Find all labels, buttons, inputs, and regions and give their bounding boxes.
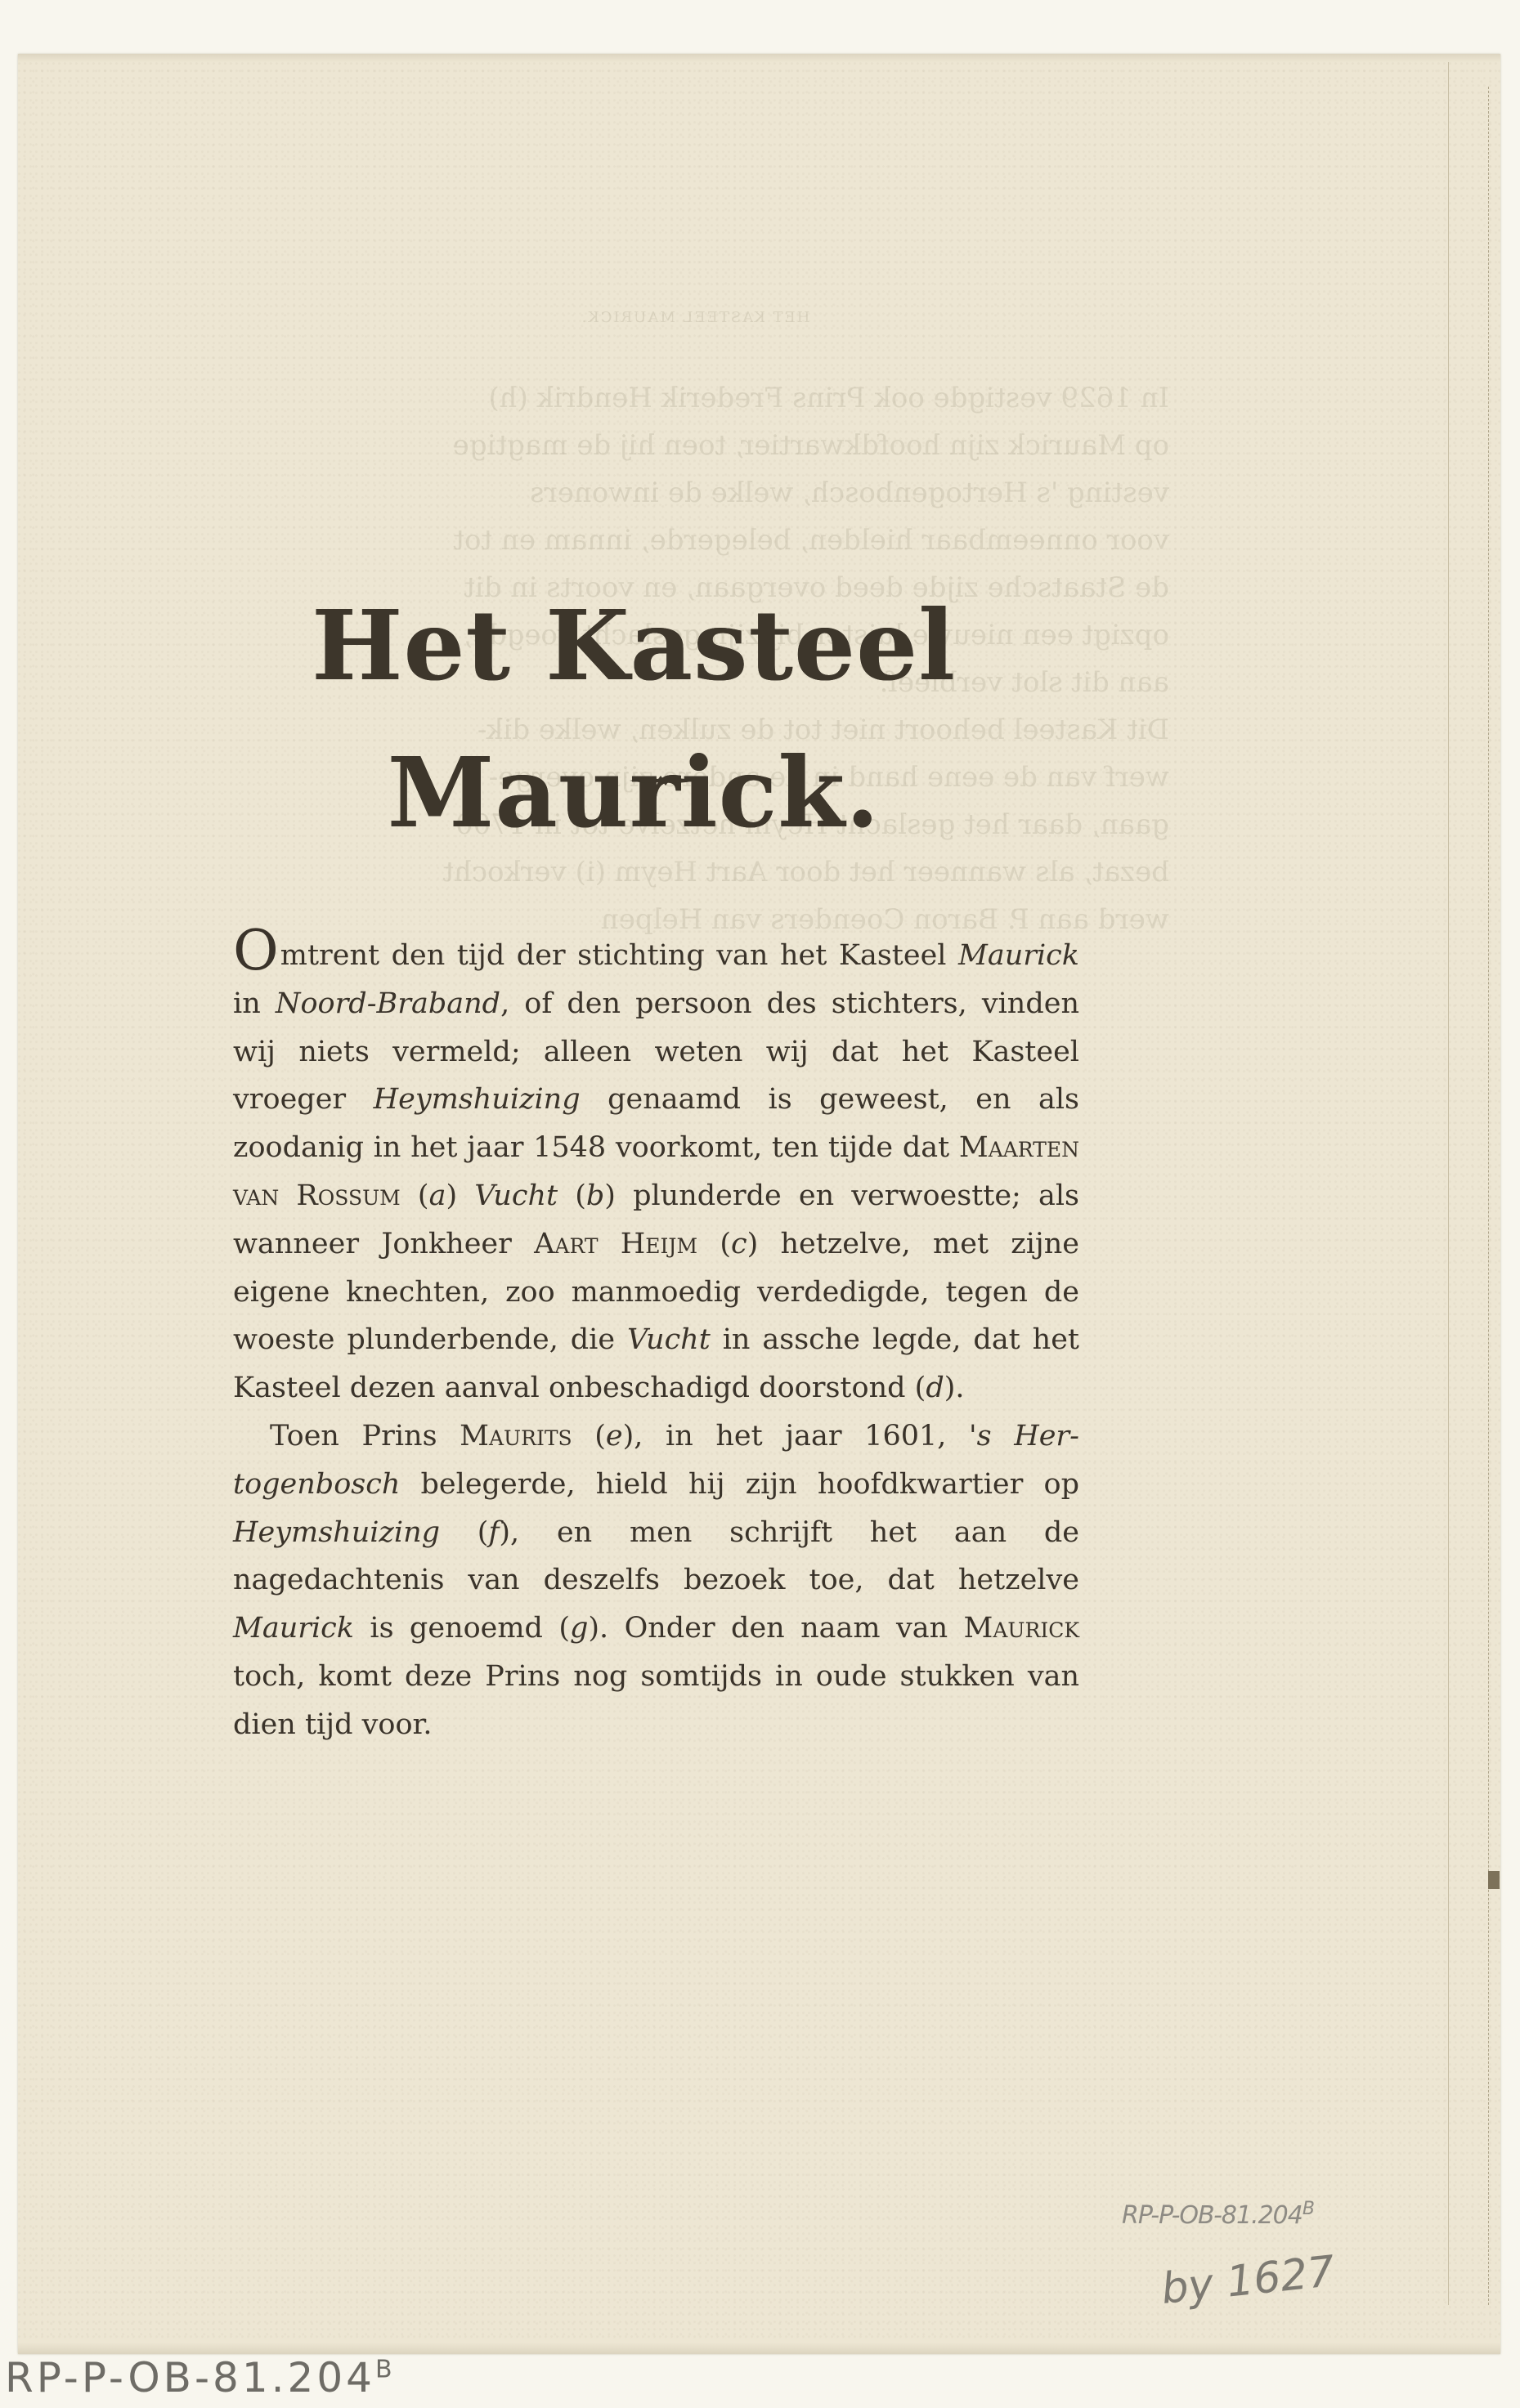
edge-stain (1488, 1871, 1500, 1889)
italic-text: Vucht (627, 1323, 711, 1356)
italic-text: e (606, 1420, 623, 1452)
body-text-run: Toen Prins (270, 1420, 460, 1452)
collection-label-suffix: B (375, 2355, 396, 2383)
paper-bottom-edge (18, 2343, 1500, 2354)
collection-label-text: RP-P-OB-81.204 (5, 2354, 375, 2401)
italic-text: Vucht (474, 1179, 558, 1212)
body-text-run: belegerde, hield hij zijn hoofdkwartier … (400, 1468, 1079, 1501)
body-text-run: ( (558, 1179, 586, 1212)
small-caps-name: Maurick (964, 1612, 1079, 1645)
body-text-run: ( (440, 1516, 488, 1549)
body-text-run: is genoemd ( (354, 1612, 570, 1645)
collection-label: RP-P-OB-81.204B (5, 2354, 396, 2401)
small-caps-name: Maurits (460, 1420, 572, 1452)
paper-top-edge (18, 54, 1500, 62)
pencil-inventory-text: RP-P-OB-81.204 (1122, 2201, 1303, 2230)
italic-text: Noord-Braband (276, 987, 500, 1020)
italic-text: g (570, 1612, 588, 1645)
italic-text: Heymshuizing (374, 1083, 581, 1116)
pencil-inventory-suffix: B (1303, 2199, 1314, 2219)
page-title: Het Kasteel Maurick. (245, 572, 1022, 866)
drop-cap: O (233, 919, 279, 983)
paragraph-2: Toen Prins Maurits (e), in het jaar 1601… (233, 1412, 1079, 1749)
italic-text: f (488, 1516, 499, 1549)
italic-text: a (429, 1179, 446, 1212)
italic-text: d (926, 1372, 944, 1404)
body-text-run: in (233, 987, 276, 1020)
ornament-divider-icon (630, 775, 697, 786)
body-text-run: ( (572, 1420, 606, 1452)
fold-line (1448, 62, 1449, 2305)
paragraph-1: Omtrent den tijd der stichting van het K… (233, 932, 1079, 1412)
body-text-run: mtrent den tijd der stichting van het Ka… (280, 939, 958, 972)
body-text: Omtrent den tijd der stichting van het K… (233, 932, 1079, 1749)
deckle-edge-line (1488, 87, 1490, 2305)
scan-stage: HET KASTEEL MAURICK. In 1629 vestigde oo… (0, 0, 1520, 2408)
body-text-run: ( (401, 1179, 429, 1212)
italic-text: b (586, 1179, 604, 1212)
body-text-run: ), in het jaar 1601, (623, 1420, 969, 1452)
body-text-run: ) (446, 1179, 474, 1212)
italic-text: Maurick (233, 1612, 354, 1645)
body-text-run: ). (944, 1372, 965, 1404)
small-caps-name: Aart Heijm (534, 1228, 697, 1260)
pencil-inventory-number: RP-P-OB-81.204B (1122, 2199, 1314, 2230)
italic-text: Heymshuizing (233, 1516, 440, 1549)
italic-text: Maurick (958, 939, 1079, 972)
body-text-run: ( (697, 1228, 731, 1260)
body-text-run: toch, komt deze Prins nog somtijds in ou… (233, 1660, 1079, 1741)
italic-text: c (731, 1228, 747, 1260)
body-text-run: ). Onder den naam van (588, 1612, 963, 1645)
